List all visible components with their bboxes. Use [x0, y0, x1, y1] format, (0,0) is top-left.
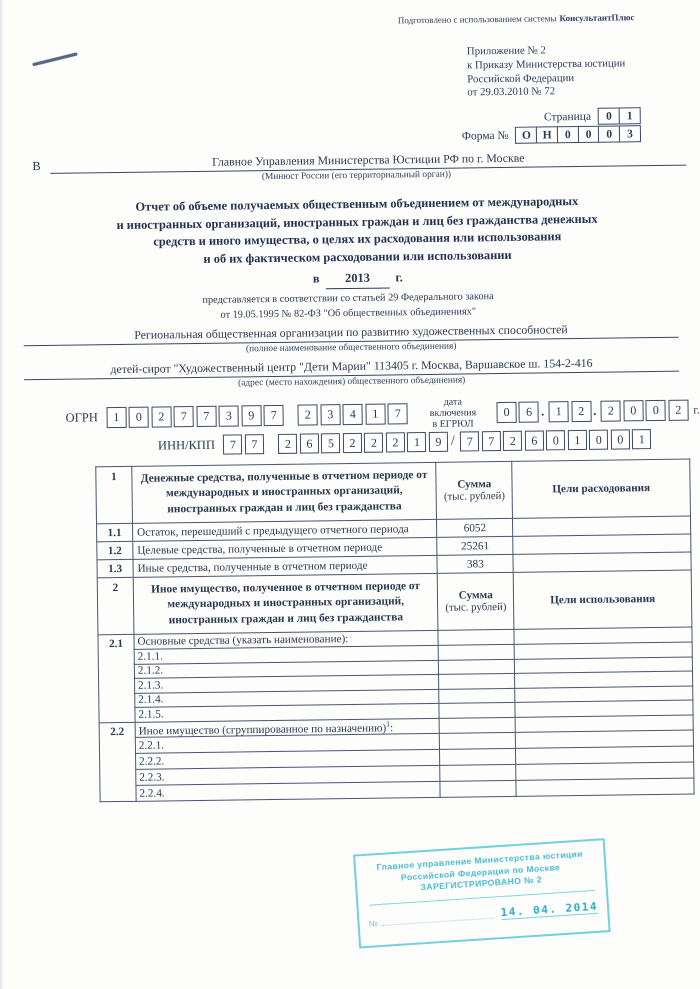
prepared-prefix: Подготовлено с использованием системы [398, 13, 557, 25]
ogrn-boxes-group1: 1 0 2 7 7 3 9 7 [104, 405, 284, 428]
row-desc-cell: Денежные средства, полученные в отчетном… [132, 462, 437, 523]
ogrn-digit-box: 3 [320, 404, 340, 425]
sum-cell [438, 644, 514, 659]
row-number-cell: 2.2 [99, 722, 136, 802]
inn-digit-box: 2 [364, 433, 383, 453]
date-digit-box: 6 [519, 402, 539, 423]
kpp-digit-box: 1 [568, 430, 587, 450]
organization-name-field: Региональная общественная организации по… [23, 321, 678, 358]
inn-kpp-separator: / [451, 434, 455, 450]
row-number-cell: 1 [96, 466, 133, 523]
scanned-report-page: Подготовлено с использованием системыКон… [0, 0, 700, 989]
inn-digit-box: 9 [429, 432, 448, 452]
row-number-cell: 1.2 [97, 541, 133, 559]
sum-header-cell: Сумма (тыс. рублей) [436, 461, 513, 519]
report-title: Отчет об объеме получаемых общественным … [57, 192, 658, 292]
sum-cell [439, 673, 515, 688]
ogrn-digit-box: 9 [241, 405, 261, 426]
ogrn-boxes-group2: 2 3 4 1 7 [295, 403, 408, 425]
appendix-line: от 29.03.2010 № 72 [467, 85, 625, 101]
page-digit-box: 0 [598, 107, 620, 124]
date-digit-box: 2 [668, 400, 688, 421]
sum-header-cell: Сумма (тыс. рублей) [438, 572, 515, 630]
sum-cell [439, 702, 515, 717]
inn-kpp-label: ИНН/КПП [158, 437, 215, 453]
stamp-date: 14. 04. 2014 [500, 899, 598, 919]
inn-boxes-group2: 2 6 5 2 2 2 1 9 [276, 432, 448, 454]
sum-cell [440, 765, 516, 782]
date-separator: . [593, 404, 596, 419]
inn-digit-box: 6 [300, 433, 319, 453]
sum-cell [439, 717, 515, 734]
ogrn-digit-box: 2 [298, 404, 318, 425]
form-digit-box: 0 [557, 126, 579, 143]
appendix-line: к Приказу Министерства юстиции [467, 57, 625, 73]
form-number-row: Форма № О Н 0 0 0 3 [462, 125, 641, 144]
sum-cell [438, 629, 514, 645]
report-table: 1 Денежные средства, полученные в отчетн… [95, 459, 694, 803]
form-number-boxes: О Н 0 0 0 3 [515, 125, 641, 144]
year-suffix: г. [395, 270, 403, 284]
egrul-year-boxes: 2 0 0 2 [598, 400, 688, 422]
row-number-cell: 1.1 [97, 523, 133, 541]
ogrn-row: ОГРН 1 0 2 7 7 3 9 7 2 3 4 1 7 дата вклю… [65, 393, 699, 434]
year-prefix: в [313, 271, 320, 285]
row-desc-cell: Иное имущество, полученное в отчетном пе… [133, 573, 438, 634]
inn-digit-box: 2 [386, 432, 405, 452]
inn-digit-box: 2 [343, 433, 362, 453]
ogrn-digit-box: 7 [388, 403, 408, 424]
document-content: Подготовлено с использованием системыКон… [0, 0, 700, 989]
inn-digit-box: 5 [321, 433, 340, 453]
date-digit-box: 0 [646, 400, 666, 421]
sum-cell: 6052 [437, 518, 513, 537]
kpp-digit-box: 7 [482, 431, 501, 451]
sum-cell [439, 659, 515, 674]
sum-cell [440, 733, 516, 750]
row-number-cell: 2.1 [98, 634, 135, 722]
date-digit-box: 0 [623, 400, 643, 421]
ogrn-digit-box: 2 [151, 406, 171, 427]
stamp-text: Главное управление Министерства юстиции … [365, 848, 597, 897]
sum-cell [439, 688, 515, 703]
kpp-digit-box: 6 [525, 430, 544, 450]
addressee-prefix: В [32, 159, 41, 174]
date-digit-box: 1 [549, 401, 569, 422]
inn-digit-box: 2 [278, 434, 297, 454]
consultant-plus-brand: КонсультантПлюс [559, 12, 634, 23]
inn-boxes-group1: 7 7 [221, 434, 264, 455]
row-number-cell: 1.3 [97, 559, 133, 577]
ogrn-label: ОГРН [66, 410, 98, 425]
form-digit-box: 3 [619, 125, 641, 142]
prepared-with-line: Подготовлено с использованием системыКон… [398, 12, 635, 25]
form-digit-box: 0 [577, 126, 599, 143]
form-label: Форма № [462, 129, 509, 142]
sum-cell: 25261 [437, 536, 513, 555]
ogrn-digit-box: 4 [343, 404, 363, 425]
sum-cell: 383 [437, 554, 513, 573]
ogrn-digit-box: 7 [196, 406, 216, 427]
purpose-cell [513, 516, 691, 536]
ogrn-digit-box: 1 [365, 404, 385, 425]
kpp-digit-box: 0 [589, 430, 608, 450]
sum-cell [440, 781, 516, 798]
kpp-digit-box: 0 [546, 430, 565, 450]
kpp-boxes: 7 7 2 6 0 1 0 0 1 [458, 429, 652, 452]
date-digit-box: 2 [571, 401, 591, 422]
purpose-cell [516, 778, 694, 796]
inn-kpp-row: ИНН/КПП 7 7 2 6 5 2 2 2 1 9 / 7 7 2 6 [158, 429, 652, 455]
kpp-digit-box: 0 [611, 429, 630, 449]
section1-header-row: 1 Денежные средства, полученные в отчетн… [96, 459, 691, 524]
stamp-number-line: № 14. 04. 2014 [368, 899, 598, 928]
purpose-header-cell: Цели использования [513, 570, 691, 629]
date-digit-box: 2 [601, 400, 621, 421]
purpose-header-cell: Цели расходования [512, 459, 690, 518]
section2-header-row: 2 Иное имущество, полученное в отчетном … [97, 570, 692, 635]
ogrn-digit-box: 3 [219, 405, 239, 426]
ogrn-digit-box: 0 [129, 407, 149, 428]
organization-address-field: детей-сирот "Художественный центр "Дети … [24, 355, 679, 392]
ogrn-digit-box: 7 [174, 406, 194, 427]
legal-basis: представляется в соответствии со статьей… [0, 287, 698, 326]
kpp-digit-box: 2 [503, 431, 522, 451]
form-digit-box: 0 [598, 125, 620, 142]
row-number-cell: 2 [97, 577, 134, 634]
inn-digit-box: 7 [223, 434, 242, 454]
kpp-digit-box: 1 [632, 429, 651, 449]
kpp-digit-box: 7 [460, 431, 479, 451]
purpose-cell [513, 534, 691, 554]
stamp-number-label: № [368, 918, 378, 929]
pen-mark [32, 52, 77, 65]
purpose-cell [513, 552, 691, 572]
appendix-block: Приложение № 2 к Приказу Министерства юс… [467, 43, 626, 100]
registration-stamp: Главное управление Министерства юстиции … [353, 838, 611, 948]
egrul-day-boxes: 0 6 [494, 402, 539, 424]
addressee-block: В Главное Управления Министерства Юстици… [26, 149, 686, 186]
form-digit-box: О [515, 127, 537, 144]
date-separator: . [541, 404, 544, 419]
page-digit-box: 1 [619, 107, 641, 124]
page-number-boxes: 0 1 [598, 107, 641, 125]
inn-digit-box: 7 [245, 434, 264, 454]
report-year-value: 2013 [325, 269, 389, 288]
egrul-date-label: дата включения в ЕГРЮЛ [421, 396, 486, 430]
ogrn-digit-box: 7 [264, 405, 284, 426]
inn-digit-box: 1 [407, 432, 426, 452]
scan-edge-shadow [0, 0, 4, 989]
egrul-month-boxes: 1 2 [546, 401, 591, 423]
page-label: Страница [544, 110, 591, 123]
form-digit-box: Н [536, 126, 558, 143]
subrow-number-cell: 2.2.4. [136, 782, 441, 802]
ogrn-digit-box: 1 [106, 407, 126, 428]
page-number-row: Страница 0 1 [544, 107, 641, 125]
egrul-year-suffix: г. [693, 404, 699, 416]
sum-cell [440, 749, 516, 766]
date-digit-box: 0 [496, 402, 516, 423]
stamp-number-blank [381, 909, 493, 925]
